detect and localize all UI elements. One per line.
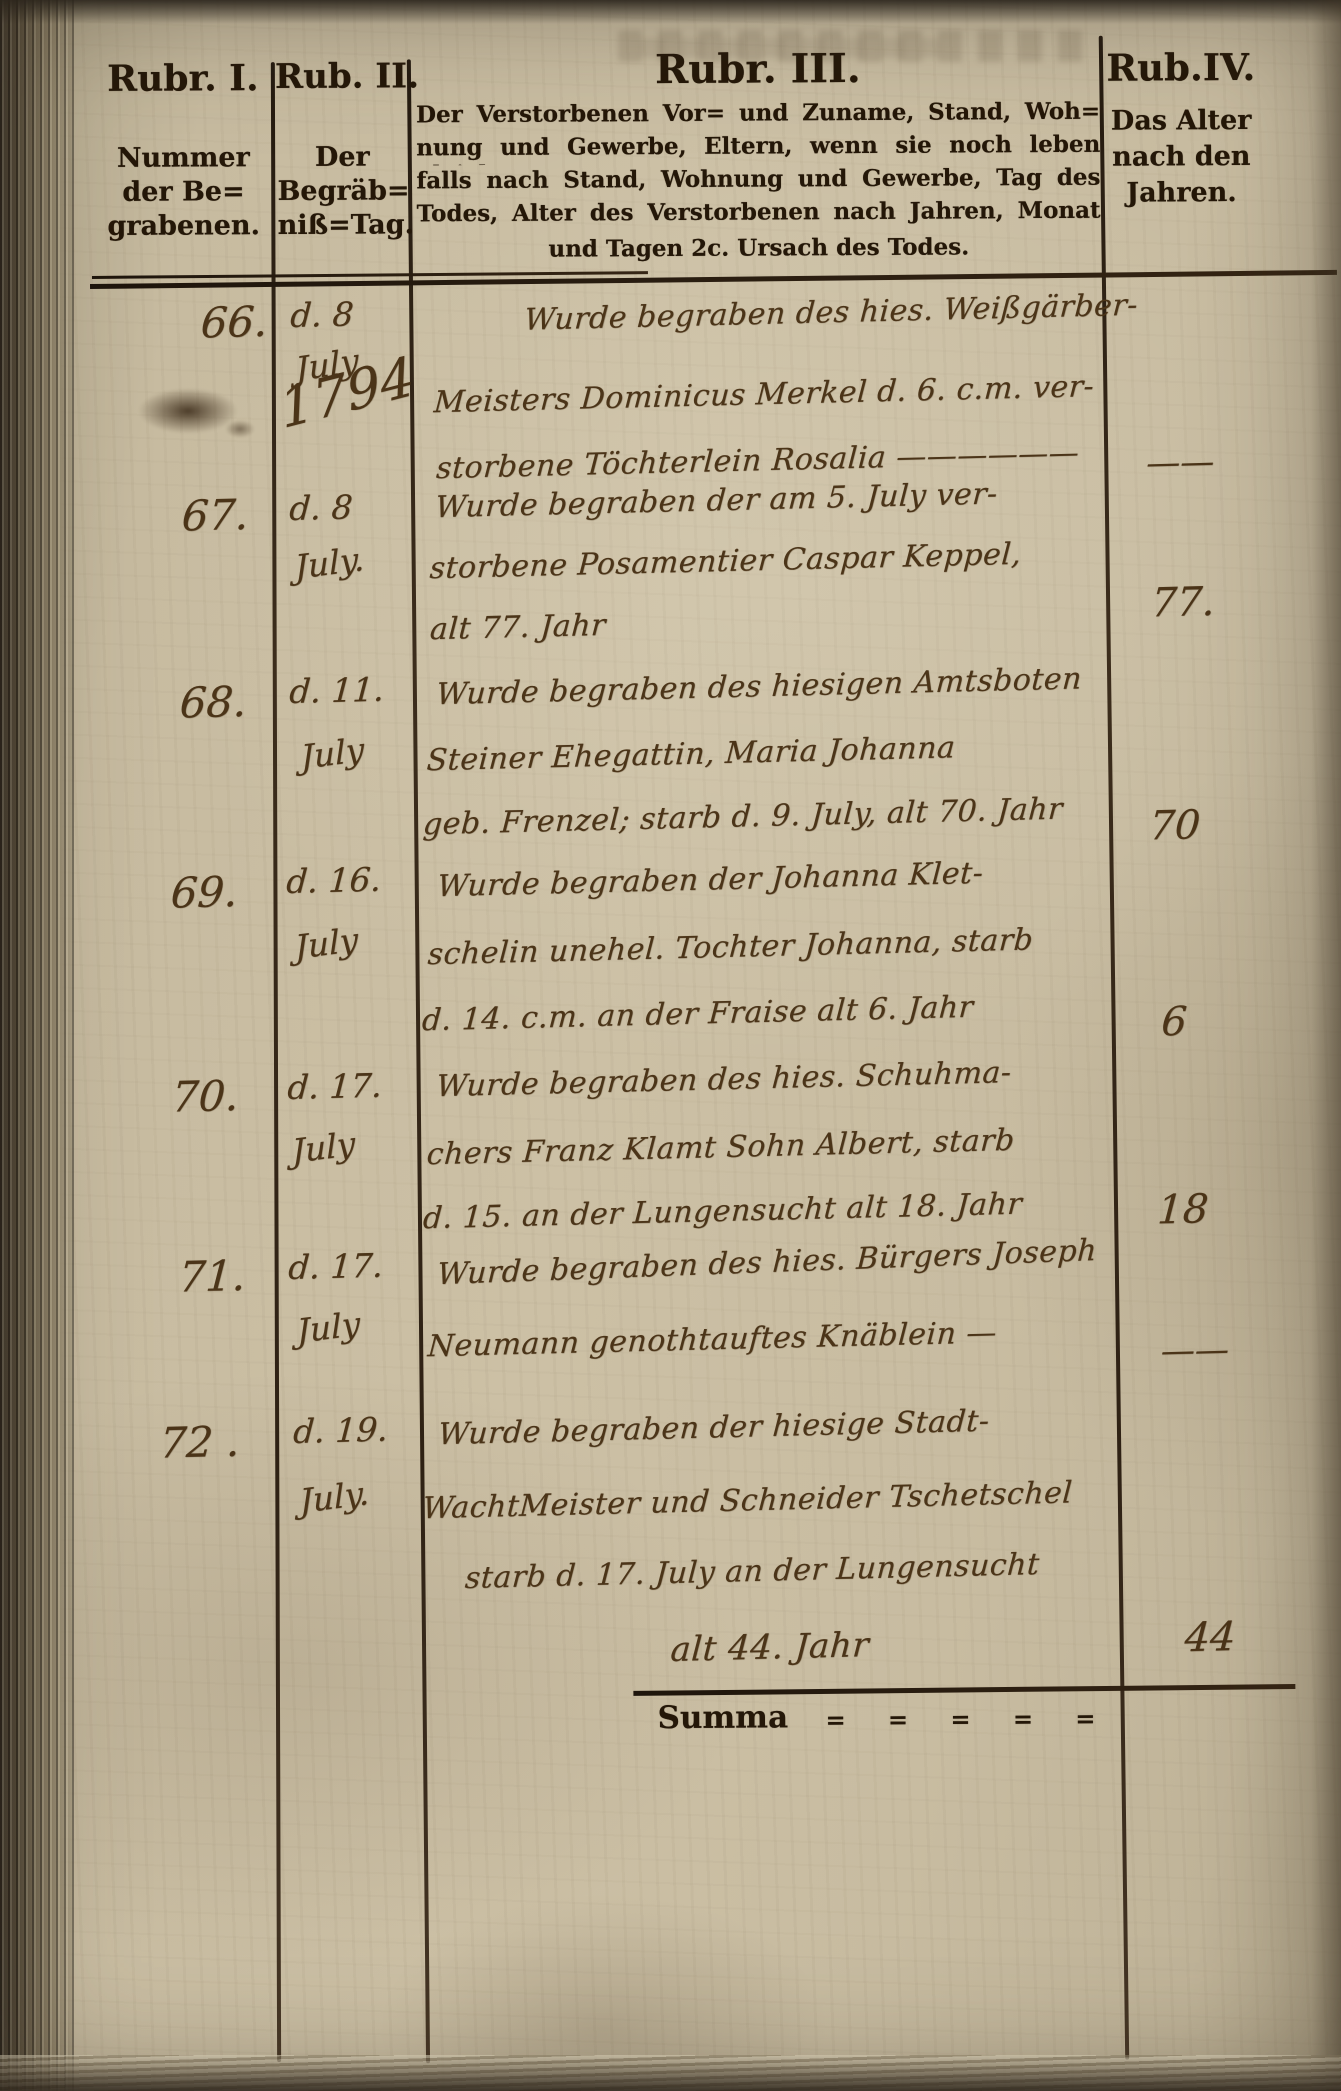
burial-date-line: July (294, 920, 359, 967)
age-value: 6 (1160, 999, 1188, 1046)
column-title-rubr-3: Rubr. III. (416, 44, 1100, 95)
column-label-line: grabenen. (94, 210, 274, 242)
entry-number: 71. (177, 1251, 247, 1302)
entry-number: 72 . (158, 1417, 241, 1468)
burial-date-line: d. 17. (287, 1246, 384, 1287)
column-title-rub-2: Rub. II. (275, 56, 409, 97)
entry-text-line: d. 15. an der Lungensucht alt 18. Jahr (422, 1187, 1023, 1237)
burial-register-page-scan: Rubr. I. Rub. II. Rubr. III. Rub.IV. Num… (0, 0, 1341, 2091)
entry-text-line: geb. Frenzel; starb d. 9. July, alt 70. … (422, 792, 1064, 843)
entry-text-line: Wurde begraben der Johanna Klet- (436, 856, 984, 904)
entry-text-line: d. 14. c.m. an der Fraise alt 6. Jahr (421, 990, 975, 1039)
entry-number: 68. (178, 677, 248, 728)
burial-date-line: July (291, 1124, 356, 1171)
column-divider-1 (271, 62, 281, 2062)
column-label-line: Der (277, 141, 407, 173)
age-value: 44 (1183, 1614, 1237, 1661)
register-table: Rubr. I. Rub. II. Rubr. III. Rub.IV. Num… (0, 0, 1341, 2091)
page-stack-bottom-edge (0, 2055, 1341, 2091)
ink-blot (225, 420, 255, 438)
age-value: 70 (1148, 802, 1202, 849)
column-label-line: niß=Tag. (278, 209, 408, 241)
entry-text-line: chers Franz Klamt Sohn Albert, starb (426, 1123, 1016, 1172)
age-value: 18 (1156, 1186, 1210, 1233)
burial-date-line: d. 8 (288, 487, 354, 528)
entry-number: 66. (199, 297, 269, 348)
column-label-line: Begräb= (277, 175, 407, 207)
burial-date-line: July (296, 1304, 361, 1351)
entry-text-line: alt 44. Jahr (669, 1625, 870, 1670)
entry-text-line: schelin unehel. Tochter Johanna, starb (427, 922, 1035, 972)
entry-text-line: Wurde begraben der hiesige Stadt- (437, 1404, 990, 1453)
summa-label: Summa (657, 1699, 788, 1736)
entry-text-line: Steiner Ehegattin, Maria Johanna (426, 730, 957, 778)
book-binding-edge (0, 0, 74, 2091)
column-title-rubr-1: Rubr. I. (93, 57, 273, 100)
page-top-edge (0, 0, 1341, 24)
burial-date-line: d. 8 (289, 294, 355, 335)
burial-date-line: d. 11. (288, 670, 385, 711)
entry-number: 70. (170, 1071, 240, 1122)
column-divider-3 (1099, 36, 1129, 2060)
entry-text-line: Neumann genothtauftes Knäblein — (427, 1315, 998, 1364)
age-value: —— (1160, 1330, 1231, 1372)
entry-text-line: Wurde begraben des hies. Schuhma- (435, 1055, 1012, 1104)
column-label-line: nach den (1101, 141, 1261, 173)
ink-blot (138, 388, 238, 434)
column-label-line: falls nach Stand, Wohnung und Gewerbe, T… (416, 164, 1100, 199)
summa-rule (633, 1684, 1295, 1696)
entry-number: 67. (180, 490, 250, 541)
column-title-rub-4: Rub.IV. (1101, 45, 1261, 90)
column-label-line: Das Alter (1101, 105, 1261, 137)
entry-number: 69. (169, 867, 239, 918)
entry-text-line: WachtMeister und Schneider Tschetschel (422, 1475, 1074, 1526)
entry-text-line: Wurde begraben des hies. Bürgers Joseph (436, 1233, 1098, 1292)
column-label-line: Jahren. (1101, 177, 1261, 209)
entry-text-line: Wurde begraben des hies. Weißgärber- (523, 288, 1139, 338)
burial-date-line: d. 17. (286, 1066, 383, 1107)
entry-text-line: Wurde begraben des hiesigen Amtsboten (435, 661, 1083, 712)
entry-text-line: starb d. 17. July an der Lungensucht (464, 1547, 1041, 1596)
summa-tally-marks: = = = = = (825, 1704, 1095, 1734)
burial-date-line: July (300, 730, 365, 777)
page-right-edge (1311, 0, 1341, 2091)
column-label-line: und Tagen 2c. Ursach des Todes. (417, 233, 1101, 264)
age-value: —— (1145, 442, 1216, 484)
column-label-line: Todes, Alter des Verstorbenen nach Jahre… (417, 197, 1101, 232)
burial-date-line: d. 19. (292, 1410, 389, 1451)
header-rule-main (90, 270, 1337, 289)
age-value: 77. (1150, 579, 1217, 627)
burial-date-line: d. 16. (285, 860, 382, 901)
burial-date-line: July. (299, 1473, 370, 1521)
entry-text-line: alt 77. Jahr (429, 608, 607, 647)
column-label-line: der Be= (93, 176, 273, 208)
column-label-line: Der Verstorbenen Vor= und Zuname, Stand,… (416, 98, 1100, 133)
entry-text-line: Meisters Dominicus Merkel d. 6. c.m. ver… (433, 369, 1096, 420)
column-label-line: Nummer (93, 142, 273, 174)
entry-text-line: storbene Posamentier Caspar Keppel, (429, 537, 1023, 587)
column-label-line: nung und Gewerbe, Eltern, wenn sie noch … (416, 131, 1100, 166)
burial-date-line: July. (294, 539, 365, 587)
